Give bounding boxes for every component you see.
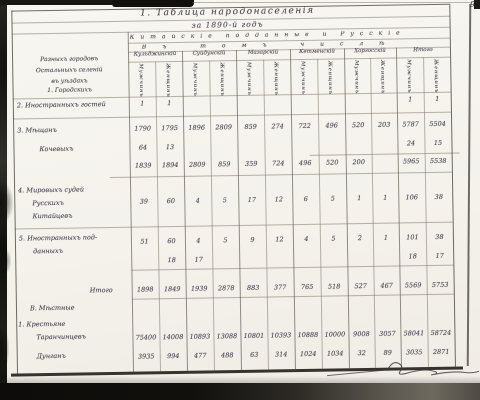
table-cell: 496 <box>318 122 346 129</box>
table-cell: 724 <box>264 160 292 167</box>
grid-line <box>290 49 296 369</box>
subcolumn-label: Женщинъ <box>273 61 278 92</box>
subcolumn-label: Мужчинъ <box>300 61 305 92</box>
table-cell: 18 <box>399 253 427 260</box>
table-cell: 10893 <box>186 333 214 340</box>
header-label-line: Остальныхъ селеній <box>12 67 126 75</box>
column-group-label: Суйдунскій <box>182 51 236 57</box>
table-cell: 1939 <box>185 285 213 292</box>
table-cell: 5504 <box>424 121 452 128</box>
table-cell: 1790 <box>129 125 157 132</box>
subcolumn-label: Женщинъ <box>379 60 384 91</box>
table-cell: 17 <box>185 256 213 263</box>
table-cell: 10888 <box>294 332 322 339</box>
row-label: Китайцевъ <box>32 213 72 220</box>
table-cell: 10000 <box>321 331 349 338</box>
row-label: Таранчинцевъ <box>36 333 86 340</box>
table-cell: 477 <box>186 352 214 359</box>
table-cell: 12 <box>265 236 293 243</box>
table-cell: 24 <box>397 140 425 147</box>
row-label: В. Мѣстные <box>30 305 75 312</box>
table-cell: 63 <box>240 352 268 359</box>
grid-line <box>15 222 453 230</box>
subcolumn-label: Мужчинъ <box>406 59 411 90</box>
table-cell: 10393 <box>267 332 295 339</box>
table-cell: 2809 <box>183 161 211 168</box>
table-cell: 10801 <box>240 333 268 340</box>
table-cell: 2 <box>346 235 374 242</box>
header-label-line: въ уѣздахъ <box>12 78 126 86</box>
table-cell: 18 <box>158 257 186 264</box>
subcolumn-label: Мужчинъ <box>138 64 143 95</box>
table-cell: 3935 <box>132 353 160 360</box>
table-cell: 75400 <box>132 334 160 341</box>
table-cell: 5 <box>211 197 239 204</box>
grid-line <box>110 172 452 178</box>
table-cell: 1 <box>155 100 183 107</box>
table-cell: 15 <box>424 140 452 147</box>
table-cell: 314 <box>267 351 295 358</box>
grid-line <box>310 153 460 156</box>
table-cell: 58724 <box>427 330 455 337</box>
table-cell: 5 <box>211 237 239 244</box>
row-label: 2. Иностранныхъ гостей <box>17 101 106 109</box>
grid-line <box>209 60 215 370</box>
table-cell: 5 <box>319 235 347 242</box>
scan-edge-bottom <box>0 383 480 400</box>
table-cell: 994 <box>159 353 187 360</box>
table-cell: 518 <box>320 283 348 290</box>
row-label: 5. Иностранныхъ под- <box>19 234 97 242</box>
table-cell: 60 <box>157 198 185 205</box>
scan-shadow <box>0 376 480 383</box>
table-cell: 17 <box>238 197 266 204</box>
table-cell: 58041 <box>400 330 428 337</box>
subcolumn-label: Женщинъ <box>165 63 170 94</box>
screenshot-root: { "page": { "corner_number": "9" }, "tit… <box>0 0 480 400</box>
table-cell: 4 <box>184 237 212 244</box>
table-cell: 1 <box>396 96 424 103</box>
table-cell: 9 <box>238 237 266 244</box>
table-cell: 5753 <box>426 282 454 289</box>
table-cell: 883 <box>239 285 267 292</box>
scan-stain <box>0 182 13 224</box>
column-group-label: Кетменскій <box>290 49 344 55</box>
column-group-label: Итого <box>396 48 450 54</box>
table-cell: 60 <box>157 238 185 245</box>
table-cell: 5787 <box>397 121 425 128</box>
grid-line <box>13 112 451 120</box>
table-cell: 38 <box>425 194 453 201</box>
scan-stain <box>0 246 11 276</box>
subcolumn-label: Женщинъ <box>433 59 438 90</box>
table-cell: 1898 <box>131 286 159 293</box>
page-number: 9 <box>470 1 475 9</box>
grid-line <box>263 60 269 370</box>
table-cell: 3057 <box>373 330 401 337</box>
table-cell: 859 <box>237 124 265 131</box>
column-group-label: Кульджинскій <box>128 52 182 58</box>
subcolumn-label: Женщинъ <box>327 61 332 92</box>
scanned-page: 1. Таблица народонаселенія за 1890-й год… <box>0 0 480 400</box>
table-cell: 527 <box>347 283 375 290</box>
table-cell: 4 <box>184 197 212 204</box>
header-label-line: Разныхъ городовъ <box>12 56 126 64</box>
table-cell: 5 <box>319 195 347 202</box>
table-cell: 6 <box>292 196 320 203</box>
grid-line <box>449 4 456 367</box>
header-label-line: 1. Городскихъ <box>13 87 127 95</box>
row-label: Итого <box>90 287 113 294</box>
row-label: 4. Мировыхъ судей <box>18 186 84 194</box>
table-cell: 722 <box>291 123 319 130</box>
table-cell: 14008 <box>159 334 187 341</box>
table-cell: 64 <box>129 144 157 151</box>
table-cell: 200 <box>345 159 373 166</box>
table-cell: 1849 <box>158 286 186 293</box>
scan-edge-top <box>0 0 112 5</box>
table-cell: 13088 <box>213 333 241 340</box>
table-cell: 1839 <box>129 162 157 169</box>
table-cell: 5538 <box>424 158 452 165</box>
table-cell: 1 <box>372 234 400 241</box>
grid-line <box>370 58 376 368</box>
row-label: 1. Крестьяне <box>18 321 65 328</box>
table-cell: 520 <box>344 122 372 129</box>
table-cell: 51 <box>130 238 158 245</box>
table-cell: 13 <box>156 144 184 151</box>
table-cell: 496 <box>291 160 319 167</box>
table-cell: 5569 <box>399 282 427 289</box>
table-cell: 274 <box>264 123 292 130</box>
table-cell: 1795 <box>156 125 184 132</box>
column-group-label: Мазарскій <box>236 50 290 56</box>
table-cell: 4 <box>292 236 320 243</box>
table-cell: 5965 <box>397 158 425 165</box>
document-sheet: 1. Таблица народонаселенія за 1890-й год… <box>0 0 480 400</box>
scan-edge-top <box>192 2 470 3</box>
table-cell: 765 <box>293 284 321 291</box>
table-cell: 859 <box>210 161 238 168</box>
table-cell: 1894 <box>156 162 184 169</box>
grid-line <box>344 48 350 368</box>
table-cell: 2878 <box>212 285 240 292</box>
row-label: 3. Мѣщанъ <box>17 127 57 134</box>
subcolumn-label: Мужчинъ <box>246 62 251 93</box>
subcolumn-label: Мужчинъ <box>192 63 197 94</box>
grid-line <box>155 61 161 371</box>
table-cell: 1 <box>423 96 451 103</box>
table-cell: 1 <box>371 195 399 202</box>
column-group-label: Хоргосскій <box>344 49 396 55</box>
table-cell: 488 <box>213 352 241 359</box>
grid-line <box>317 59 323 369</box>
scan-stain <box>0 326 9 372</box>
grid-line <box>236 50 242 370</box>
table-cell: 203 <box>370 122 398 129</box>
table-cell: 1 <box>345 195 373 202</box>
row-label: данныхъ <box>33 248 63 255</box>
subcolumn-label: Мужчинъ <box>353 60 358 91</box>
table-cell: 106 <box>398 194 426 201</box>
table-cell: 1896 <box>183 124 211 131</box>
scan-edge-top <box>112 0 194 7</box>
table-cell: 9008 <box>347 331 375 338</box>
table-cell: 12 <box>265 196 293 203</box>
subcolumn-label: Женщинъ <box>219 62 224 93</box>
table-cell: 39 <box>130 198 158 205</box>
table-cell: 38 <box>425 234 453 241</box>
row-label: Кочевыхъ <box>39 146 73 153</box>
table-cell: 1024 <box>294 351 322 358</box>
row-label: Дунганъ <box>37 353 66 360</box>
table-cell: 17 <box>426 253 454 260</box>
table-cell: 2809 <box>210 124 238 131</box>
table-cell: 520 <box>318 159 346 166</box>
grid-line <box>423 57 429 367</box>
table-cell: 1 <box>128 100 156 107</box>
table-cell: 377 <box>266 284 294 291</box>
table-cell: 467 <box>373 282 401 289</box>
table-cell: 101 <box>398 234 426 241</box>
row-label: Русскихъ <box>32 200 64 207</box>
table-cell: 359 <box>237 161 265 168</box>
